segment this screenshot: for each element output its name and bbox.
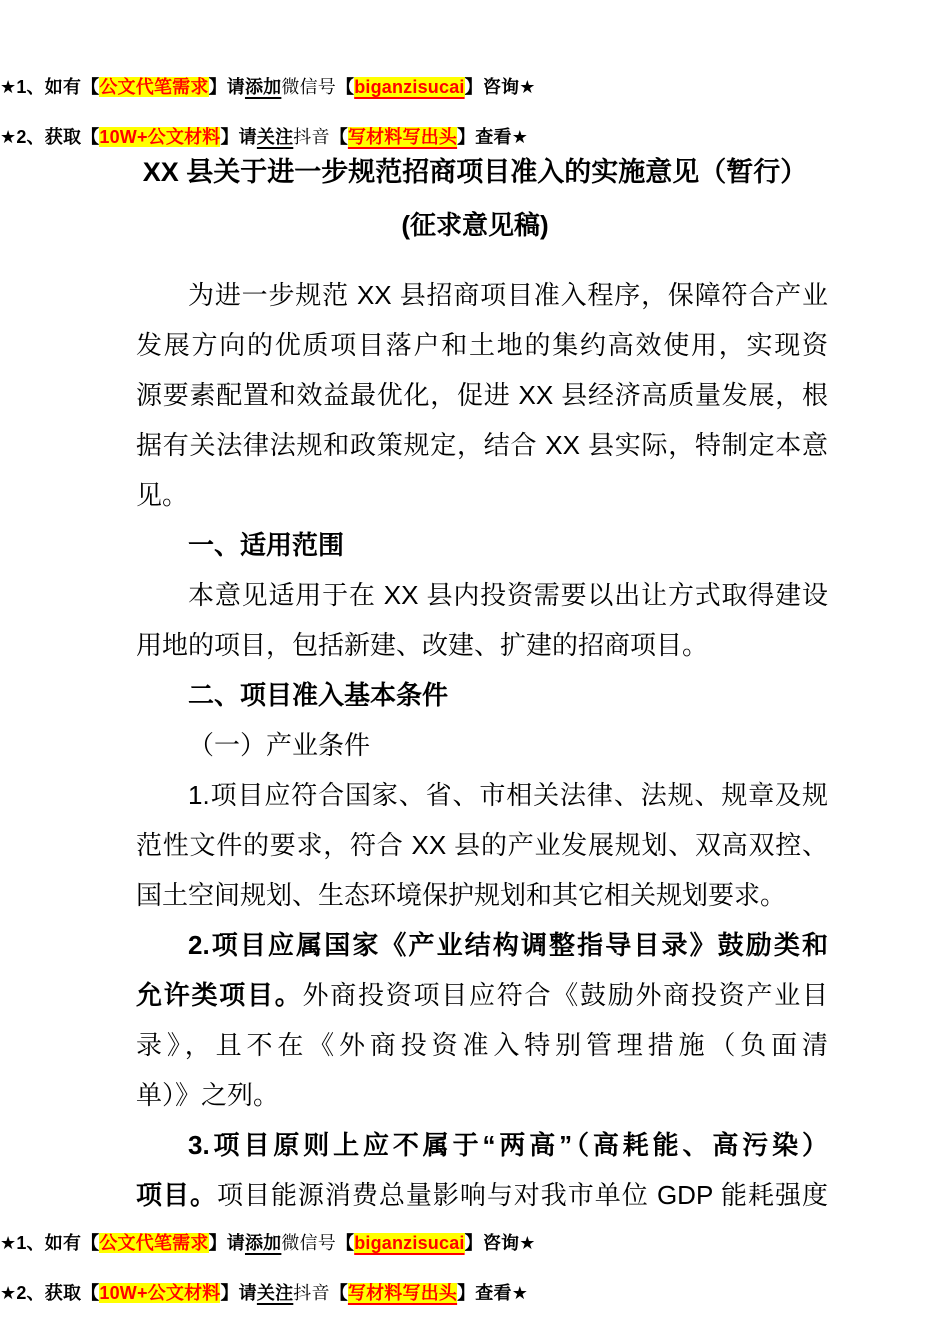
text-run: 】查看★ <box>457 1283 528 1303</box>
text-run: 一、适用范围 <box>188 530 344 560</box>
text-run: 外商投资项目应符合《鼓励外商投资产业目 <box>303 980 828 1010</box>
highlight-text: 写材料写出头 <box>348 127 457 147</box>
text-run: 】请 <box>209 1233 245 1253</box>
promo-footer: ★1、如有【公文代笔需求】请添加微信号【biganzisucai】咨询★★2、获… <box>0 1218 950 1318</box>
highlight-text: 10W+公文材料 <box>99 1283 220 1303</box>
text-run: 源要素配置和效益最优化，促进 XX 县经济高质量发展，根 <box>136 380 828 410</box>
text-run: 】请 <box>220 127 256 147</box>
body-line: 3.项目原则上应不属于“两高”（高耗能、高污染） <box>136 1120 828 1170</box>
text-run: 国土空间规划、生态环境保护规划和其它相关规划要求。 <box>136 880 786 910</box>
body-line: 二、项目准入基本条件 <box>136 670 828 720</box>
highlight-text: biganzisucai <box>354 1233 464 1253</box>
text-run: 录》，且不在《外商投资准入特别管理措施（负面清 <box>136 1030 828 1060</box>
text-run: 二、项目准入基本条件 <box>188 680 448 710</box>
text-run: 3.项目原则上应不属于“两高”（高耗能、高污染） <box>188 1130 828 1160</box>
body-line: 项目。项目能源消费总量影响与对我市单位 GDP 能耗强度 <box>136 1170 828 1220</box>
underline-text: 关注 <box>257 1283 293 1303</box>
text-run: ★1、如有【 <box>0 1233 99 1253</box>
body-line: 1.项目应符合国家、省、市相关法律、法规、规章及规 <box>136 770 828 820</box>
promo-line: ★2、获取【10W+公文材料】请关注抖音【写材料写出头】查看★ <box>0 1268 950 1318</box>
document-subtitle: (征求意见稿) <box>0 202 950 248</box>
document-title: XX 县关于进一步规范招商项目准入的实施意见（暂行） <box>0 146 950 198</box>
text-run: 】咨询★ <box>465 77 536 97</box>
text-run: 用地的项目，包括新建、改建、扩建的招商项目。 <box>136 630 708 660</box>
text-run: 】查看★ <box>457 127 528 147</box>
text-run: 据有关法律法规和政策规定，结合 XX 县实际，特制定本意 <box>136 430 828 460</box>
text-run: ★2、获取【 <box>0 127 99 147</box>
text-run: 本意见适用于在 XX 县内投资需要以出让方式取得建设 <box>188 580 828 610</box>
highlight-text: 公文代笔需求 <box>99 77 208 97</box>
underline-text: 关注 <box>257 127 293 147</box>
body-line: （一）产业条件 <box>136 720 828 770</box>
text-run: 微信号 <box>281 1233 336 1253</box>
body-line: 2.项目应属国家《产业结构调整指导目录》鼓励类和 <box>136 920 828 970</box>
body-line: 本意见适用于在 XX 县内投资需要以出让方式取得建设 <box>136 570 828 620</box>
highlight-text: 公文代笔需求 <box>99 1233 208 1253</box>
body-line: 录》，且不在《外商投资准入特别管理措施（负面清 <box>136 1020 828 1070</box>
text-run: 抖音 <box>293 1283 329 1303</box>
text-run: 抖音 <box>293 127 329 147</box>
body-line: 单）》之列。 <box>136 1070 828 1120</box>
text-run: 1.项目应符合国家、省、市相关法律、法规、规章及规 <box>188 780 828 810</box>
body-line: 见。 <box>136 470 828 520</box>
text-run: 单）》之列。 <box>136 1080 279 1110</box>
text-run: 【 <box>330 1283 348 1303</box>
underline-text: 添加 <box>245 1233 281 1253</box>
text-run: （一）产业条件 <box>188 730 370 760</box>
text-run: ★1、如有【 <box>0 77 99 97</box>
text-run: 项目。 <box>136 1180 217 1210</box>
text-run: ★2、获取【 <box>0 1283 99 1303</box>
highlight-text: 10W+公文材料 <box>99 127 220 147</box>
text-run: 】请 <box>209 77 245 97</box>
body-line: 据有关法律法规和政策规定，结合 XX 县实际，特制定本意 <box>136 420 828 470</box>
document-page: ★1、如有【公文代笔需求】请添加微信号【biganzisucai】咨询★★2、获… <box>0 0 950 1344</box>
text-run: 微信号 <box>281 77 336 97</box>
body-line: 允许类项目。外商投资项目应符合《鼓励外商投资产业目 <box>136 970 828 1020</box>
document-body: 为进一步规范 XX 县招商项目准入程序，保障符合产业发展方向的优质项目落户和土地… <box>136 270 828 1220</box>
highlight-text: biganzisucai <box>354 77 464 97</box>
text-run: 2.项目应属国家《产业结构调整指导目录》鼓励类和 <box>188 930 828 960</box>
text-run: 】请 <box>220 1283 256 1303</box>
underline-text: 添加 <box>245 77 281 97</box>
text-run: 【 <box>336 77 354 97</box>
body-line: 源要素配置和效益最优化，促进 XX 县经济高质量发展，根 <box>136 370 828 420</box>
text-run: 发展方向的优质项目落户和土地的集约高效使用，实现资 <box>136 330 828 360</box>
text-run: 允许类项目。 <box>136 980 303 1010</box>
body-line: 范性文件的要求，符合 XX 县的产业发展规划、双高双控、 <box>136 820 828 870</box>
body-line: 用地的项目，包括新建、改建、扩建的招商项目。 <box>136 620 828 670</box>
body-line: 发展方向的优质项目落户和土地的集约高效使用，实现资 <box>136 320 828 370</box>
text-run: 】咨询★ <box>465 1233 536 1253</box>
text-run: 见。 <box>136 480 188 510</box>
body-line: 国土空间规划、生态环境保护规划和其它相关规划要求。 <box>136 870 828 920</box>
promo-line: ★1、如有【公文代笔需求】请添加微信号【biganzisucai】咨询★ <box>0 62 950 112</box>
text-run: 项目能源消费总量影响与对我市单位 GDP 能耗强度 <box>217 1180 828 1210</box>
body-line: 一、适用范围 <box>136 520 828 570</box>
highlight-text: 写材料写出头 <box>348 1283 457 1303</box>
body-line: 为进一步规范 XX 县招商项目准入程序，保障符合产业 <box>136 270 828 320</box>
text-run: 为进一步规范 XX 县招商项目准入程序，保障符合产业 <box>188 280 828 310</box>
text-run: 【 <box>330 127 348 147</box>
promo-line: ★1、如有【公文代笔需求】请添加微信号【biganzisucai】咨询★ <box>0 1218 950 1268</box>
text-run: 【 <box>336 1233 354 1253</box>
text-run: 范性文件的要求，符合 XX 县的产业发展规划、双高双控、 <box>136 830 828 860</box>
